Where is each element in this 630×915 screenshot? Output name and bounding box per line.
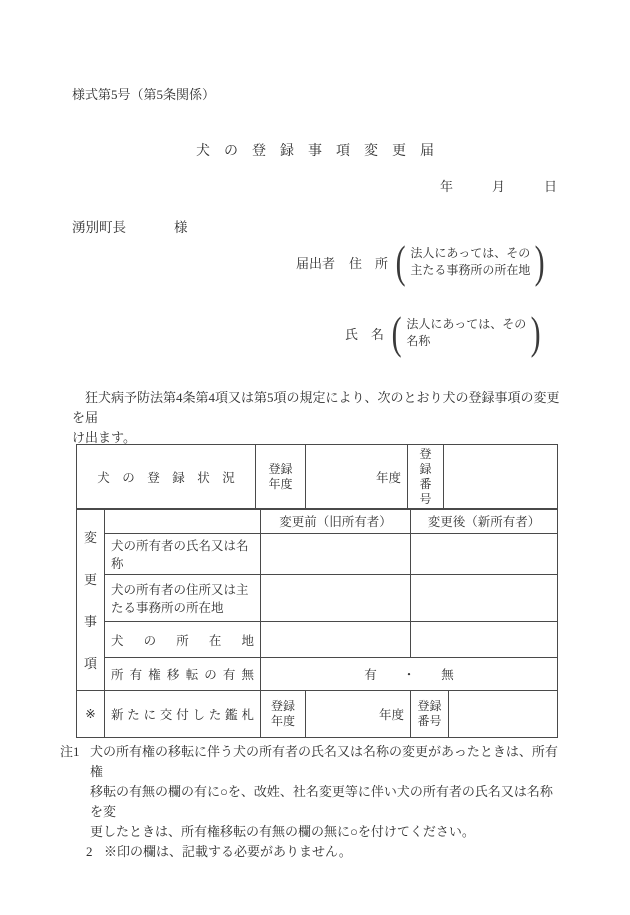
footnote-1: 注1 犬の所有権の移転に伴う犬の所有者の氏名又は名称の変更があったときは、所有権… — [60, 742, 560, 842]
form-page: 様式第5号（第5条関係） 犬 の 登 録 事 項 変 更 届 年 月 日 湧別町… — [0, 0, 630, 915]
row-label-ownership-transfer: 所有権移転の有無 — [105, 658, 261, 691]
footnote-1-line1: 犬の所有権の移転に伴う犬の所有者の氏名又は名称の変更があったときは、所有権 — [90, 742, 560, 782]
tag-reg-number-line1: 登録 — [417, 699, 442, 714]
side-label-char: 更 — [84, 569, 97, 588]
row-label-dog-location: 犬の所在地 — [105, 622, 261, 658]
tag-year-field[interactable]: 年度 — [306, 691, 411, 738]
page-title: 犬 の 登 録 事 項 変 更 届 — [0, 140, 630, 160]
paren-close-icon: ) — [535, 242, 545, 282]
option-separator: ・ — [403, 668, 416, 682]
tag-row-marker: ※ — [77, 691, 105, 738]
footnote-1-line2: 移転の有無の欄の有に○を、改姓、社名変更等に伴い犬の所有者の氏名又は名称を変 — [90, 782, 560, 822]
footnote-2-label: 2 — [86, 842, 96, 862]
row-label-owner-address: 犬の所有者の住所又は主たる事務所の所在地 — [105, 575, 261, 622]
reg-number-line2: 番号 — [414, 477, 437, 507]
footnote-1-body: 犬の所有権の移転に伴う犬の所有者の氏名又は名称の変更があったときは、所有権 移転… — [90, 742, 560, 842]
declarant-name-section: 氏 名 ( 法人にあっては、その 名称 ) — [345, 313, 544, 353]
tag-reg-year-label: 登録 年度 — [261, 691, 306, 738]
dog-location-after-field[interactable] — [411, 622, 558, 658]
addressee-honorific: 様 — [174, 220, 188, 235]
row-label-owner-name: 犬の所有者の氏名又は名称 — [105, 534, 261, 575]
footnotes: 注1 犬の所有権の移転に伴う犬の所有者の氏名又は名称の変更があったときは、所有権… — [60, 742, 560, 862]
owner-name-before-field[interactable] — [261, 534, 411, 575]
year-suffix: 年度 — [376, 471, 401, 485]
paren-open-icon: ( — [396, 242, 406, 282]
addressee-line: 湧別町長様 — [72, 216, 188, 236]
footnote-2-body: ※印の欄は、記載する必要がありません。 — [104, 842, 560, 862]
name-label: 氏 名 — [345, 324, 384, 343]
reg-year-line2: 年度 — [262, 477, 299, 492]
registration-status-label: 犬 の 登 録 状 況 — [77, 445, 256, 510]
header-spacer-cell — [105, 509, 261, 534]
footnote-2: 2 ※印の欄は、記載する必要がありません。 — [86, 842, 560, 862]
date-line: 年 月 日 — [440, 176, 557, 195]
option-no[interactable]: 無 — [441, 668, 454, 682]
reg-number-line1: 登録 — [414, 447, 437, 477]
row-label-new-tag: 新たに交付した鑑札 — [105, 691, 261, 738]
paren-close-icon: ) — [531, 313, 541, 353]
address-note: 法人にあっては、その 主たる事務所の所在地 — [408, 245, 532, 279]
tag-number-field[interactable] — [449, 691, 558, 738]
owner-address-after-field[interactable] — [411, 575, 558, 622]
dog-location-before-field[interactable] — [261, 622, 411, 658]
owner-name-after-field[interactable] — [411, 534, 558, 575]
address-note-line1: 法人にあっては、その — [410, 245, 530, 262]
option-yes[interactable]: 有 — [364, 668, 377, 682]
tag-reg-number-label: 登録 番号 — [411, 691, 449, 738]
name-note-line2: 名称 — [406, 333, 526, 350]
ownership-transfer-options: 有・無 — [261, 658, 558, 691]
side-label-char: 項 — [84, 653, 97, 672]
name-note-line1: 法人にあっては、その — [406, 316, 526, 333]
address-label: 住 所 — [349, 253, 388, 272]
registration-year-label: 登録 年度 — [256, 445, 306, 510]
registration-number-label: 登録 番号 — [408, 445, 444, 510]
tag-reg-year-line1: 登録 — [267, 699, 299, 714]
addressee-name: 湧別町長 — [72, 220, 126, 235]
paren-open-icon: ( — [392, 313, 402, 353]
reg-year-line1: 登録 — [262, 462, 299, 477]
registration-year-field[interactable]: 年度 — [306, 445, 408, 510]
declarant-address-section: 届出者 住 所 ( 法人にあっては、その 主たる事務所の所在地 ) — [296, 242, 548, 282]
declarant-label: 届出者 — [296, 253, 335, 272]
tag-year-suffix: 年度 — [379, 708, 404, 722]
column-header-after: 変更後（新所有者） — [411, 509, 558, 534]
side-label-char: 事 — [84, 611, 97, 630]
registration-number-field[interactable] — [444, 445, 558, 510]
intro-line1: 狂犬病予防法第4条第4項又は第5項の規定により、次のとおり犬の登録事項の変更を届 — [72, 388, 564, 428]
registration-status-table: 犬 の 登 録 状 況 登録 年度 年度 登録 番号 — [76, 444, 558, 510]
tag-reg-number-line2: 番号 — [417, 714, 442, 729]
form-number: 様式第5号（第5条関係） — [72, 84, 215, 103]
footnote-1-line3: 更したときは、所有権移転の有無の欄の無に○を付けてください。 — [90, 822, 560, 842]
owner-address-before-field[interactable] — [261, 575, 411, 622]
change-items-table: 変 更 事 項 変更前（旧所有者） 変更後（新所有者） 犬の所有者の氏名又は名称… — [76, 508, 558, 738]
footnote-1-label: 注1 — [60, 742, 82, 842]
name-note: 法人にあっては、その 名称 — [404, 316, 528, 350]
change-items-side-label: 変 更 事 項 — [77, 509, 105, 691]
side-label-char: 変 — [84, 527, 97, 546]
intro-paragraph: 狂犬病予防法第4条第4項又は第5項の規定により、次のとおり犬の登録事項の変更を届… — [72, 388, 564, 448]
column-header-before: 変更前（旧所有者） — [261, 509, 411, 534]
tag-reg-year-line2: 年度 — [267, 714, 299, 729]
address-note-line2: 主たる事務所の所在地 — [410, 262, 530, 279]
